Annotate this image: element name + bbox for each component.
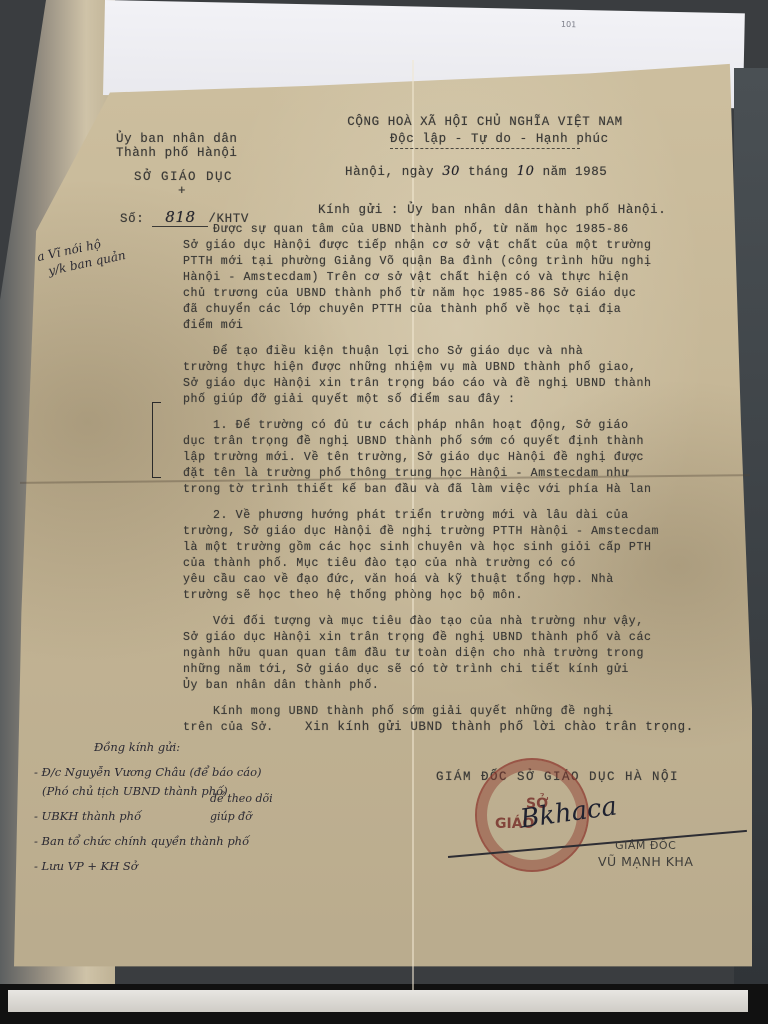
date-year: 1985 [575, 165, 607, 179]
body-line: phố giúp đỡ giải quyết một số điểm sau đ… [183, 392, 659, 408]
cc-item: - Lưu VP + KH Sở [34, 854, 262, 879]
body-line: Ủy ban nhân dân thành phố. [183, 678, 659, 694]
body-line: Để tạo điều kiện thuận lợi cho Sở giáo d… [183, 344, 659, 360]
body-line: điểm mới [183, 318, 659, 334]
body-line: ngành hữu quan quan tâm đầu tư toàn diện… [183, 646, 659, 662]
body-line: đặt tên là trường phổ thông trung học Hà… [183, 466, 659, 482]
body-line: Kính mong UBND thành phố sớm giải quyết … [183, 704, 659, 720]
body-line: Hànội - Amstecdam) Trên cơ sở vật chất h… [183, 270, 659, 286]
body-line: 2. Về phương hướng phát triển trường mới… [183, 508, 659, 524]
body-paragraph: Được sự quan tâm của UBND thành phố, từ … [183, 222, 659, 334]
nation-name: CỘNG HOÀ XÃ HỘI CHỦ NGHĨA VIỆT NAM [335, 114, 635, 131]
body-line: PTTH mới tại phường Giảng Võ quận Ba đìn… [183, 254, 659, 270]
issuer-line-1: Ủy ban nhân dân [116, 132, 238, 146]
sheet-number: 101 [561, 20, 577, 29]
date-year-label: năm [543, 165, 567, 179]
issuer-mark: + [178, 184, 238, 198]
date-month: 10 [517, 164, 535, 179]
body-paragraph: 2. Về phương hướng phát triển trường mới… [183, 508, 659, 604]
letter-date: Hànội, ngày 30 tháng 10 năm 1985 [345, 164, 607, 179]
bottom-paper-edge [8, 990, 748, 1012]
body-line: trường sẽ học theo hệ thống phòng học bộ… [183, 588, 659, 604]
letter-body: Được sự quan tâm của UBND thành phố, từ … [183, 222, 659, 746]
body-line: Sở giáo dục Hànội xin trân trọng đề nghị… [183, 630, 659, 646]
body-line: trong tờ trình thiết kế ban đầu và đã là… [183, 482, 659, 498]
cc-item: - Ban tổ chức chính quyền thành phố [34, 829, 262, 854]
issuer-header: Ủy ban nhân dân Thành phố Hànội SỞ GIÁO … [116, 132, 238, 198]
body-line: dục trân trọng đề nghị UBND thành phố sớ… [183, 434, 659, 450]
signer-role: GIÁM ĐỐC [598, 838, 693, 854]
body-line: Sở giáo dục Hànội được tiếp nhận cơ sở v… [183, 238, 659, 254]
body-line: trường thực hiện được những nhiệm vụ mà … [183, 360, 659, 376]
body-line: Được sự quan tâm của UBND thành phố, từ … [183, 222, 659, 238]
body-line: là một trường gồm các học sinh chuyên và… [183, 540, 659, 556]
cc-aside-note: để theo dõi giúp đỡ [210, 790, 280, 826]
closing-line: Xin kính gửi UBND thành phố lời chào trâ… [305, 720, 694, 734]
issuer-department: SỞ GIÁO DỤC [134, 170, 238, 184]
handwritten-bracket [152, 402, 161, 478]
body-line: yêu cầu cao về đạo đức, văn hoá và kỹ th… [183, 572, 659, 588]
body-paragraph: Để tạo điều kiện thuận lợi cho Sở giáo d… [183, 344, 659, 408]
body-line: Sở giáo dục Hànội xin trân trọng báo cáo… [183, 376, 659, 392]
signer-block: GIÁM ĐỐC VŨ MẠNH KHA [598, 838, 693, 870]
date-day: 30 [442, 164, 460, 179]
body-line: của thành phố. Mục tiêu đào tạo của nhà … [183, 556, 659, 572]
body-line: lập trường mới. Về tên trường, Sở giáo d… [183, 450, 659, 466]
body-paragraph: 1. Để trường có đủ tư cách pháp nhân hoạ… [183, 418, 659, 498]
body-line: chủ trương của UBND thành phố từ năm học… [183, 286, 659, 302]
body-line: trường, Sở giáo dục Hànội đề nghị trường… [183, 524, 659, 540]
national-motto: Độc lập - Tự do - Hạnh phúc [390, 131, 580, 149]
national-header: CỘNG HOÀ XÃ HỘI CHỦ NGHĨA VIỆT NAM Độc l… [335, 114, 635, 149]
body-line: Với đối tượng và mục tiêu đào tạo của nh… [183, 614, 659, 630]
cc-heading: Đồng kính gửi: [94, 735, 262, 760]
body-line: những năm tới, Sở giáo dục sẽ có tờ trìn… [183, 662, 659, 678]
body-line: 1. Để trường có đủ tư cách pháp nhân hoạ… [183, 418, 659, 434]
body-paragraph: Với đối tượng và mục tiêu đào tạo của nh… [183, 614, 659, 694]
date-prefix: Hànội, ngày [345, 165, 434, 179]
body-line: đã chuyển các lớp chuyên PTTH của thành … [183, 302, 659, 318]
date-month-label: tháng [468, 165, 509, 179]
reference-label: Số: [120, 212, 144, 226]
issuer-line-2: Thành phố Hànội [116, 146, 238, 160]
recipient-line: Kính gửi : Ủy ban nhân dân thành phố Hàn… [318, 203, 666, 217]
signer-name: VŨ MẠNH KHA [598, 854, 693, 870]
